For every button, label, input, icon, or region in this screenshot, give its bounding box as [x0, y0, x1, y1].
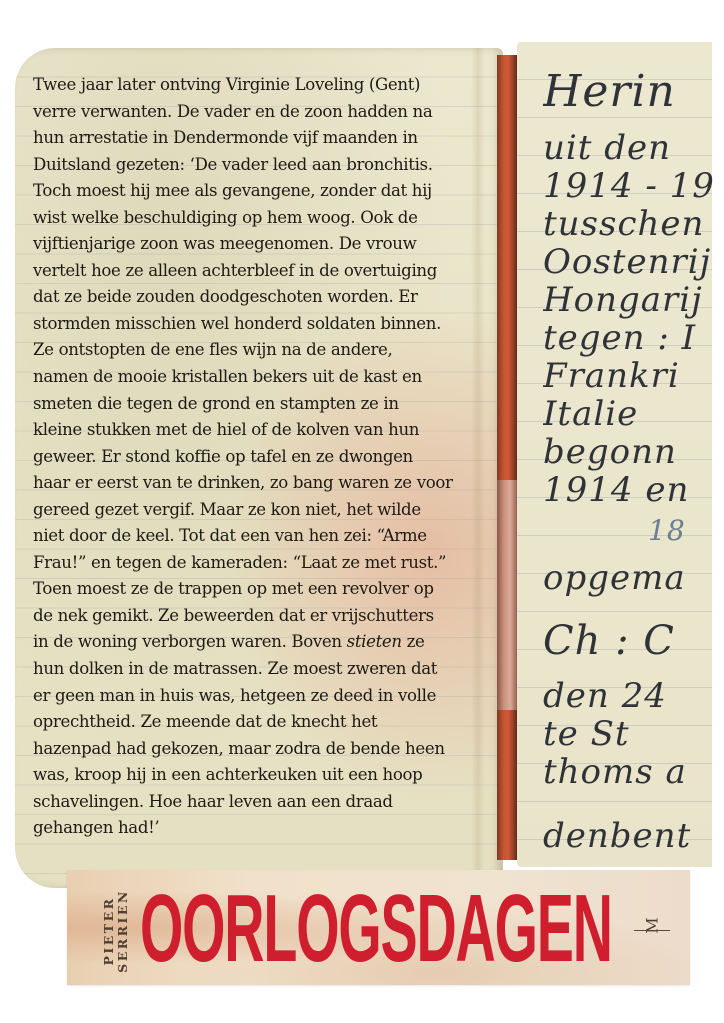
notebook-photo: Herin uit den 1914 - 19 tusschen Oostenr… [0, 0, 724, 900]
text-line: was, kroop hij in een achterkeuken uit e… [33, 762, 495, 789]
publisher-logo-icon: M [632, 912, 672, 948]
handwriting-line: Italie [543, 394, 638, 434]
author-name: PIETER SERRIEN [95, 885, 137, 977]
text-line: gehangen had!’ [33, 815, 495, 842]
handwriting-line: den 24 [543, 676, 667, 716]
handwriting-line: 1914 en [543, 470, 689, 510]
text-line: haar er eerst van te drinken, zo bang wa… [33, 470, 495, 497]
text-line: dat ze beide zouden doodgeschoten worden… [33, 284, 495, 311]
text-line: hun arrestatie in Dendermonde vijf maand… [33, 125, 495, 152]
handwriting-line: opgema [543, 558, 686, 598]
text-segment: in de woning verborgen waren. Boven [33, 632, 347, 651]
handwriting-line: tegen : I [543, 318, 696, 358]
handwriting-line: Frankri [543, 356, 680, 396]
text-line: stormden misschien wel honderd soldaten … [33, 311, 495, 338]
text-line: Toen moest ze de trappen op met een revo… [33, 576, 495, 603]
text-line: Toch moest hij mee als gevangene, zonder… [33, 178, 495, 205]
handwriting-line: thoms a [543, 752, 687, 792]
book-title: OORLOGSDAGEN [140, 883, 418, 975]
handwriting-line: Hongarij [543, 280, 703, 320]
quoted-passage: Twee jaar later ontving Virginie Lovelin… [33, 72, 495, 842]
spine-tear [497, 480, 517, 710]
italic-word: stieten [347, 632, 402, 651]
handwriting-line: 18 [648, 514, 686, 547]
text-line: oprechtheid. Ze meende dat de knecht het [33, 709, 495, 736]
text-line: in de woning verborgen waren. Boven stie… [33, 629, 495, 656]
author-first-name: PIETER [102, 897, 116, 966]
text-line: hazenpad had gekozen, maar zodra de bend… [33, 736, 495, 763]
text-line: Ze ontstopten de ene fles wijn na de and… [33, 337, 495, 364]
handwriting-line: begonn [543, 432, 677, 472]
handwriting-line: 1914 - 19 [543, 166, 715, 206]
handwriting-line: denbent [543, 816, 691, 856]
text-line: vertelt hoe ze alleen achterbleef in de … [33, 258, 495, 285]
text-line: kleine stukken met de hiel of de kolven … [33, 417, 495, 444]
text-line: Frau!” en tegen de kameraden: “Laat ze m… [33, 550, 495, 577]
text-line: wist welke beschuldiging op hem woog. Oo… [33, 205, 495, 232]
publisher-mark: M [643, 906, 662, 946]
text-line: de nek gemikt. Ze beweerden dat er vrijs… [33, 603, 495, 630]
handwriting-line: Oostenrij [543, 242, 711, 282]
text-line: Duitsland gezeten: ‘De vader leed aan br… [33, 152, 495, 179]
handwriting-line: tusschen [543, 204, 704, 244]
text-line: schavelingen. Hoe haar leven aan een dra… [33, 789, 495, 816]
text-line: vijftienjarige zoon was meegenomen. De v… [33, 231, 495, 258]
author-last-name: SERRIEN [116, 889, 130, 973]
text-line: gereed gezet vergif. Maar ze kon niet, h… [33, 497, 495, 524]
text-line: smeten die tegen de grond en stampten ze… [33, 391, 495, 418]
text-line: geweer. Er stond koffie op tafel en ze d… [33, 444, 495, 471]
text-line: er geen man in huis was, hetgeen ze deed… [33, 683, 495, 710]
handwritten-text: Herin uit den 1914 - 19 tusschen Oostenr… [543, 58, 718, 878]
text-line: verre verwanten. De vader en de zoon had… [33, 99, 495, 126]
notebook-spine [497, 55, 517, 860]
handwriting-line: Herin [543, 66, 676, 117]
text-line: Twee jaar later ontving Virginie Lovelin… [33, 72, 495, 99]
handwriting-line: Ch : C [543, 618, 675, 664]
handwriting-line: te St [543, 714, 630, 754]
handwriting-line: uit den [543, 128, 671, 168]
text-segment: ze [402, 632, 425, 651]
text-line: namen de mooie kristallen bekers uit de … [33, 364, 495, 391]
text-line: niet door de keel. Tot dat een van hen z… [33, 523, 495, 550]
text-line: hun dolken in de matrassen. Ze moest zwe… [33, 656, 495, 683]
